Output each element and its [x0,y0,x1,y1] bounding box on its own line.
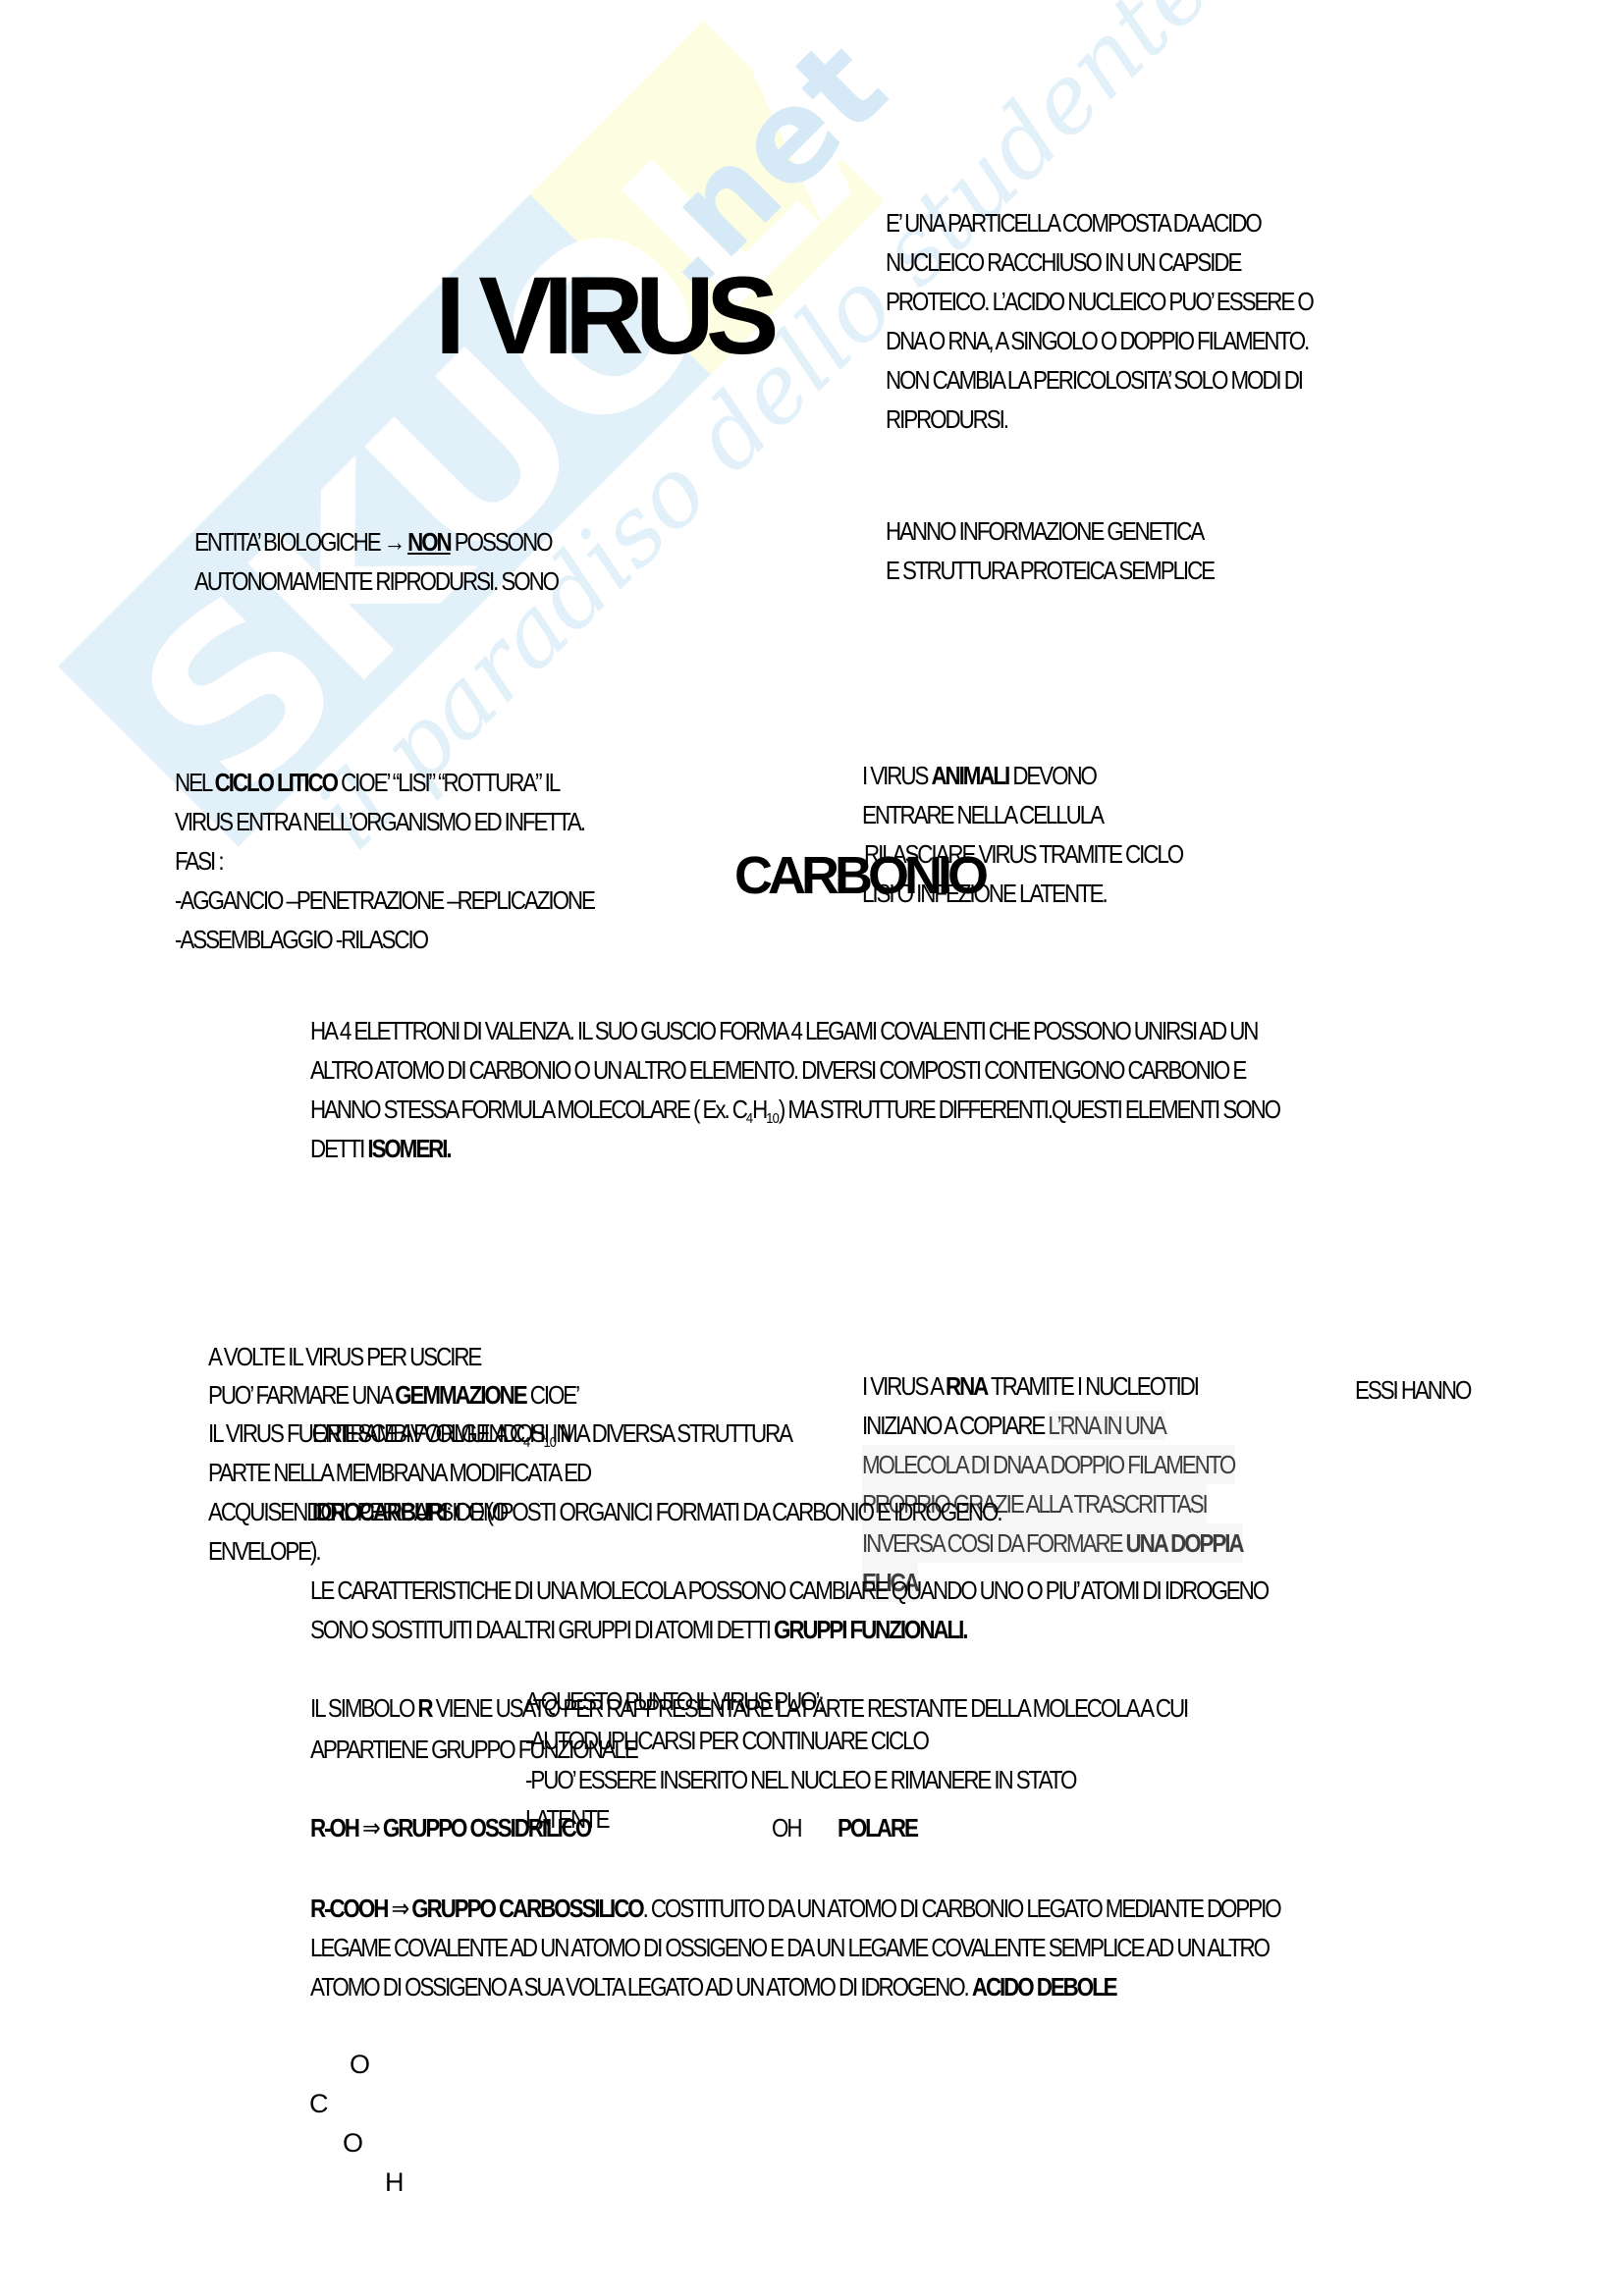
rna-line-2: INIZIANO A COPIARE L’RNA IN UNA [862,1406,1165,1445]
carboxyl-line-2: LEGAME COVALENTE AD UN ATOMO DI OSSIGENO… [310,1928,1269,1967]
double-arrow-icon: ⇒ [362,1813,379,1842]
lytic-term: CICLO LITICO [215,768,337,797]
rna-text: INVERSA COSI DA FORMARE [862,1528,1126,1558]
lytic-text: CIOE’ “LISI” “ROTTURA” IL [337,768,559,797]
svg-text:SKUOLA: SKUOLA [91,0,982,843]
functional-text: SONO SOSTITUITI DA ALTRI GRUPPI DI ATOMI… [310,1615,774,1644]
genetic-info-line: HANNO INFORMAZIONE GENETICA [886,511,1214,551]
carbon-line-2: ALTRO ATOMO DI CARBONIO O UN ALTRO ELEME… [310,1050,1245,1090]
rna-aside: ESSI HANNO [1355,1370,1470,1410]
definition-line: E’ UNA PARTICELLA COMPOSTA DA ACIDO [886,203,1313,242]
isomers-overlay: ENTRAMBI FORMULA C4H10 MA DIVERSA STRUTT… [312,1414,791,1463]
animal-text: DEVONO [1008,761,1096,790]
definition-line: NON CAMBIA LA PERICOLOSITA’ SOLO MODI DI [886,360,1313,400]
lytic-line-1: NEL CICLO LITICO CIOE’ “LISI” “ROTTURA” … [175,763,559,802]
animal-line-1: I VIRUS ANIMALI DEVONO [862,756,1096,795]
options-line-3: -PUO’ ESSERE INSERITO NEL NUCLEO E RIMAN… [525,1760,1075,1799]
structure-atom-o2: O [343,2128,363,2158]
functional-line-1: LE CARATTERISTICHE DI UNA MOLECOLA POSSO… [310,1571,1268,1610]
options-line-1: A QUESTO PUNTO IL VIRUS PUO’: [525,1682,823,1721]
symbol-term: R [417,1693,431,1723]
carbon-text: ) MA STRUTTURE DIFFERENTI.QUESTI ELEMENT… [779,1095,1279,1124]
carbon-term: ISOMERI. [367,1134,450,1163]
hydroxyl-group: OH [772,1808,800,1847]
carboxyl-term: ACIDO DEBOLE [972,1972,1116,2002]
carbon-line-3: HANNO STESSA FORMULA MOLECOLARE ( Ex. C4… [310,1090,1279,1139]
entities-text: ENTITA’ BIOLOGICHE → [194,527,407,557]
carboxyl-text: . COSTITUITO DA UN ATOMO DI CARBONIO LEG… [643,1894,1280,1923]
definition-line: DNA O RNA, A SINGOLO O DOPPIO FILAMENTO. [886,321,1313,360]
rna-text: L’RNA IN UNA [1048,1411,1164,1440]
budding-text: PUO’ FARMARE UNA [208,1380,395,1410]
hydrocarbons-text: : COMPOSTI ORGANICI FORMATI DA CARBONIO … [446,1497,1001,1526]
carboxyl-formula: R-COOH [310,1894,387,1923]
lytic-text: NEL [175,768,215,797]
subscript: 10 [766,1110,779,1127]
carboxyl-line-1: R-COOH ⇒ GRUPPO CARBOSSILICO. COSTITUITO… [310,1889,1280,1928]
carbon-text: HANNO STESSA FORMULA MOLECOLARE ( Ex. C [310,1095,746,1124]
hydroxyl-name: GRUPPO OSSIDRILICO [383,1813,590,1842]
carboxyl-line-3: ATOMO DI OSSIGENO A SUA VOLTA LEGATO AD … [310,1967,1116,2006]
rna-text: I VIRUS A [862,1371,946,1401]
isomers-text: ENTRAMBI FORMULA C [312,1418,523,1448]
carbon-text: DETTI [310,1134,367,1163]
rna-line-1: I VIRUS A RNA TRAMITE I NUCLEOTIDI [862,1366,1198,1406]
rna-term: RNA [946,1371,987,1401]
lytic-line-4: -AGGANCIO –PENETRAZIONE –REPLICAZIONE [175,881,594,920]
virus-definition: E’ UNA PARTICELLA COMPOSTA DA ACIDO NUCL… [886,203,1382,439]
rna-text: INIZIANO A COPIARE [862,1411,1048,1440]
budding-term: GEMMAZIONE [395,1380,525,1410]
budding-line-2: PUO’ FARMARE UNA GEMMAZIONE CIOE’ [208,1375,578,1415]
hydrocarbons-overlay: IDROCARBURI: COMPOSTI ORGANICI FORMATI D… [312,1492,1001,1531]
subscript: 10 [543,1434,556,1451]
double-arrow-icon: ⇒ [391,1894,407,1923]
genetic-info: HANNO INFORMAZIONE GENETICA E STRUTTURA … [886,511,1267,590]
entities-text: POSSONO [451,527,552,557]
rna-line-3: MOLECOLA DI DNA A DOPPIO FILAMENTO [862,1445,1234,1484]
hydroxyl-line: R-OH ⇒ GRUPPO OSSIDRILICO [310,1808,590,1847]
isomers-text: H [529,1418,543,1448]
animal-line-2: ENTRARE NELLA CELLULA [862,795,1103,834]
entities-line-1: ENTITA’ BIOLOGICHE → NON POSSONO [194,522,551,561]
carboxyl-name: GRUPPO CARBOSSILICO [411,1894,642,1923]
carbon-line-1: HA 4 ELETTRONI DI VALENZA. IL SUO GUSCIO… [310,1011,1257,1050]
carbon-line-4: DETTI ISOMERI. [310,1129,451,1168]
structure-atom-o1: O [350,2050,370,2079]
animal-text: I VIRUS [862,761,931,790]
carboxyl-text: ATOMO DI OSSIGENO A SUA VOLTA LEGATO AD … [310,1972,972,2002]
rna-term: UNA DOPPIA [1126,1528,1243,1558]
hydrocarbons-term: IDROCARBURI [312,1497,446,1526]
carbon-heading: CARBONIO [734,846,984,905]
entities-line-2: AUTONOMAMENTE RIPRODURSI. SONO [194,561,558,601]
hydroxyl-property: POLARE [838,1808,917,1847]
structure-atom-c: C [309,2089,329,2118]
definition-line: PROTEICO. L’ACIDO NUCLEICO PUO’ ESSERE O [886,282,1313,321]
page-title: I VIRUS [435,257,771,375]
definition-line: NUCLEICO RACCHIUSO IN UN CAPSIDE [886,242,1313,282]
lytic-line-5: -ASSEMBLAGGIO -RILASCIO [175,920,427,959]
symbol-text: IL SIMBOLO [310,1693,417,1723]
functional-term: GRUPPI FUNZIONALI. [774,1615,966,1644]
genetic-info-line: E STRUTTURA PROTEICA SEMPLICE [886,551,1214,590]
budding-line-1: A VOLTE IL VIRUS PER USCIRE [208,1337,480,1376]
entities-emphasis: NON [407,527,450,557]
rna-text: TRAMITE I NUCLEOTIDI [987,1371,1198,1401]
hydroxyl-formula: R-OH [310,1813,358,1842]
lytic-line-2: VIRUS ENTRA NELL’ORGANISMO ED INFETTA. [175,802,584,841]
carbon-text: H [752,1095,766,1124]
functional-line-2: SONO SOSTITUITI DA ALTRI GRUPPI DI ATOMI… [310,1610,966,1649]
isomers-text: MA DIVERSA STRUTTURA [556,1418,791,1448]
animal-term: ANIMALI [931,761,1008,790]
budding-line-6: ENVELOPE). [208,1531,320,1571]
structure-atom-h: H [385,2167,405,2197]
definition-line: RIPRODURSI. [886,400,1313,439]
budding-text: CIOE’ [526,1380,578,1410]
options-line-2: -AUTODUPLICARSI PER CONTINUARE CICLO [525,1721,928,1760]
lytic-line-3: FASI : [175,841,223,881]
